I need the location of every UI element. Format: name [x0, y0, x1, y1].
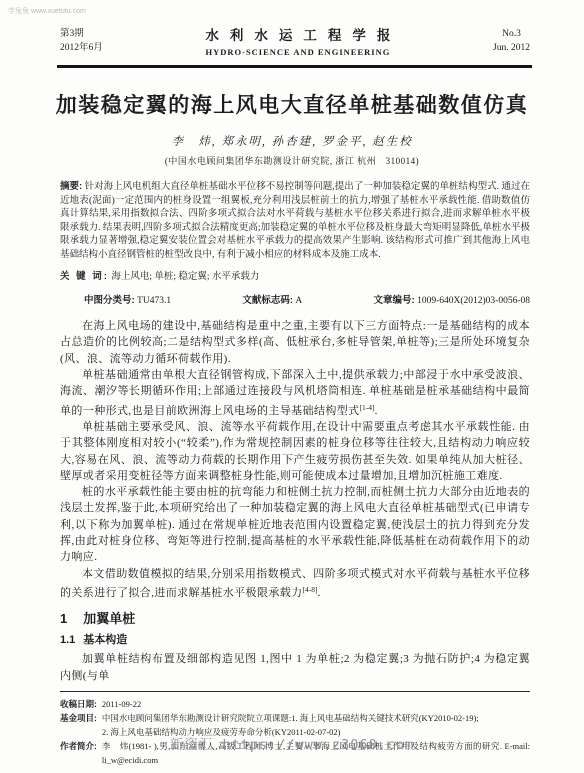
journal-header: 第3期 2012年6月 水利水运工程学报 HYDRO-SCIENCE AND E… — [60, 24, 530, 57]
doc-code-value: A — [293, 296, 302, 306]
fund-project-line-1: 中国水电顾问集团华东勘测设计研究院院立项课题:1. 海上风电基础结构关键技术研究… — [102, 711, 530, 725]
top-left-watermark: 学兔兔 www.xuetutu.com — [8, 6, 86, 16]
received-date-row: 收稿日期: 2011-09-22 — [60, 697, 530, 711]
paragraph-6: 加翼单桩结构布置及细部构造见图 1,图中 1 为单桩;2 为稳定翼;3 为抛石防… — [60, 651, 530, 684]
received-date-value: 2011-09-22 — [102, 697, 530, 711]
bottom-watermark: 新资汇 https://www.z3060.com — [0, 733, 584, 753]
abstract-label: 摘要: — [60, 181, 82, 192]
journal-title-cn: 水利水运工程学报 — [194, 24, 401, 44]
paragraph-5-text: 本文借助数值模拟的结果,分别采用指数模式、四阶多项式模式对水平荷载与基桩水平位移… — [60, 568, 530, 599]
paragraph-2-text: 单桩基础通常由单根大直径钢管构成,下部深入土中,提供承载力;中部浸于水中承受波浪… — [60, 369, 530, 417]
clc-value: TU473.1 — [135, 296, 171, 306]
keywords-label: 关 键 词: — [60, 271, 109, 282]
article-id-label: 文章编号: — [374, 295, 415, 306]
received-date-label: 收稿日期: — [60, 697, 97, 711]
section-1-heading: 1加翼单桩 — [60, 610, 530, 628]
abstract-block: 摘要: 针对海上风电机组大直径单桩基础水平位移不易控制等问题,提出了一种加装稳定… — [60, 180, 530, 263]
section-1-1-title: 基本构造 — [83, 634, 127, 646]
clc-label: 中图分类号: — [84, 295, 135, 306]
abstract-text: 针对海上风电机组大直径单桩基础水平位移不易控制等问题,提出了一种加装稳定翼的单桩… — [60, 182, 530, 260]
issue-number-en: No.3 — [493, 27, 530, 41]
paragraph-2-tail: . — [375, 405, 378, 417]
citation-ref-4-8: [4-8] — [303, 585, 318, 594]
doc-code-item: 文献标志码: A — [242, 292, 302, 306]
section-1-1-heading: 1.1基本构造 — [60, 633, 530, 648]
clc-item: 中图分类号: TU473.1 — [84, 292, 171, 306]
paragraph-4: 桩的水平承载性能主要由桩的抗弯能力和桩侧土抗力控制,而桩侧土抗力大部分由近地表的… — [60, 484, 530, 565]
section-1-title: 加翼单桩 — [83, 611, 135, 626]
classification-line: 中图分类号: TU473.1 文献标志码: A 文章编号: 1009-640X(… — [84, 292, 530, 306]
header-issue-block: 第3期 2012年6月 — [60, 27, 103, 55]
paragraph-5: 本文借助数值模拟的结果,分别采用指数模式、四阶多项式模式对水平荷载与基桩水平位移… — [60, 566, 530, 602]
header-issue-en-block: No.3 Jun. 2012 — [493, 27, 530, 55]
article-authors: 李 炜, 郑永明, 孙杏建, 罗金平, 赵生校 — [0, 133, 584, 149]
journal-title-en: HYDRO-SCIENCE AND ENGINEERING — [194, 47, 401, 57]
footnotes-block: 收稿日期: 2011-09-22 基金项目: 中国水电顾问集团华东勘测设计研究院… — [60, 691, 530, 767]
article-body: 在海上风电场的建设中,基础结构是重中之重,主要有以下三方面特点:一是基础结构的成… — [60, 318, 530, 601]
article-id-value: 1009-640X(2012)03-0056-08 — [415, 296, 530, 306]
journal-page: 学兔兔 www.xuetutu.com 第3期 2012年6月 水利水运工程学报… — [0, 0, 584, 773]
doc-code-label: 文献标志码: — [242, 295, 293, 306]
article-title: 加装稳定翼的海上风电大直径单桩基础数值仿真 — [40, 92, 544, 120]
issue-date-cn: 2012年6月 — [60, 41, 103, 55]
issue-date-en: Jun. 2012 — [493, 41, 530, 55]
citation-ref-1-4: [1-4] — [360, 403, 375, 412]
keywords-text: 海上风电; 单桩; 稳定翼; 水平承载力 — [109, 272, 259, 282]
fund-project-label: 基金项目: — [60, 711, 97, 725]
paragraph-5-tail: . — [318, 587, 321, 599]
header-journal-block: 水利水运工程学报 HYDRO-SCIENCE AND ENGINEERING — [194, 24, 401, 57]
section-1-1-number: 1.1 — [60, 634, 75, 646]
header-rule — [57, 65, 532, 68]
section-1-1-body: 加翼单桩结构布置及细部构造见图 1,图中 1 为单桩;2 为稳定翼;3 为抛石防… — [60, 651, 530, 684]
paragraph-2: 单桩基础通常由单根大直径钢管构成,下部深入土中,提供承载力;中部浸于水中承受波浪… — [60, 367, 530, 419]
paragraph-1: 在海上风电场的建设中,基础结构是重中之重,主要有以下三方面特点:一是基础结构的成… — [60, 318, 530, 367]
article-affiliation: (中国水电顾问集团华东勘测设计研究院, 浙江 杭州 310014) — [0, 154, 584, 167]
article-id-item: 文章编号: 1009-640X(2012)03-0056-08 — [374, 292, 530, 306]
issue-number-cn: 第3期 — [60, 27, 103, 41]
section-1-number: 1 — [60, 611, 67, 626]
paragraph-3: 单桩基础主要承受风、浪、流等水平荷载作用,在设计中需要重点考虑其水平承载性能. … — [60, 419, 530, 484]
keywords-block: 关 键 词: 海上风电; 单桩; 稳定翼; 水平承载力 — [60, 270, 530, 285]
